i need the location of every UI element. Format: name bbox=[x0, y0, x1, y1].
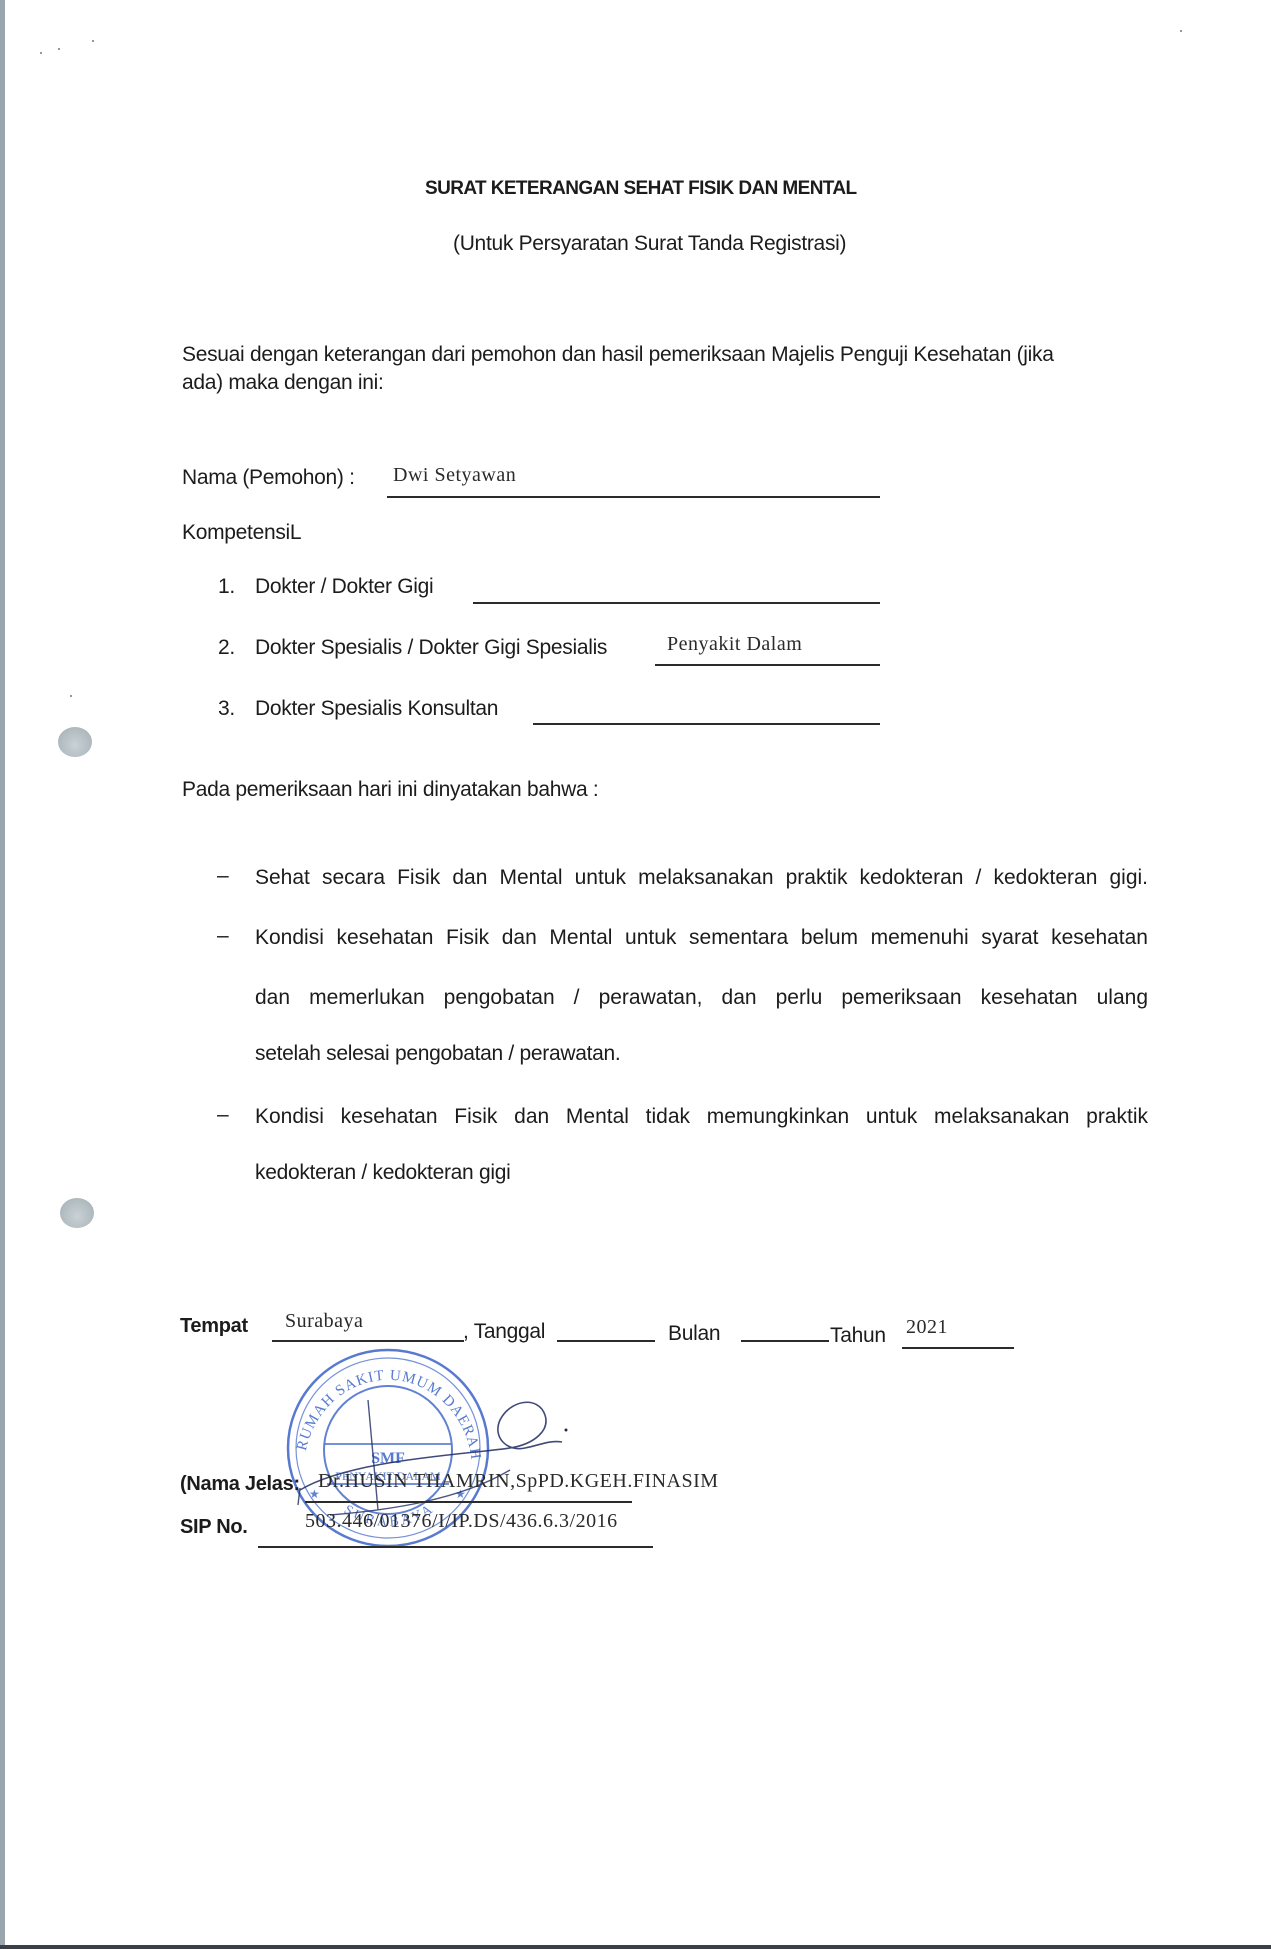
statement-1-line1: Sehat secara Fisik dan Mental untuk mela… bbox=[255, 866, 1148, 890]
competency-item-2-line bbox=[655, 664, 880, 666]
signer-name-label: (Nama Jelas: bbox=[180, 1473, 300, 1496]
statement-2-line3: setelah selesai pengobatan / perawatan. bbox=[255, 1042, 620, 1066]
statement-3-line1: Kondisi kesehatan Fisik dan Mental tidak… bbox=[255, 1105, 1148, 1129]
competency-number-1: 1. bbox=[218, 575, 235, 599]
year-line bbox=[902, 1347, 1014, 1349]
month-label: Bulan bbox=[668, 1322, 720, 1346]
applicant-label: Nama (Pemohon) : bbox=[182, 466, 355, 490]
competency-item-2-label: Dokter Spesialis / Dokter Gigi Spesialis bbox=[255, 636, 607, 660]
scan-speck bbox=[58, 48, 60, 50]
statement-bullet-1: – bbox=[217, 864, 229, 888]
competency-number-2: 2. bbox=[218, 636, 235, 660]
intro-text-line1: Sesuai dengan keterangan dari pemohon da… bbox=[182, 343, 1054, 367]
intro-text-line2: ada) maka dengan ini: bbox=[182, 371, 384, 395]
competency-item-3-line[interactable] bbox=[533, 723, 880, 725]
scan-bottom-edge bbox=[0, 1945, 1271, 1949]
competency-item-2-value[interactable]: Penyakit Dalam bbox=[667, 633, 802, 656]
signer-name-line bbox=[305, 1501, 632, 1503]
place-value[interactable]: Surabaya bbox=[285, 1310, 363, 1333]
statement-3-line2: kedokteran / kedokteran gigi bbox=[255, 1161, 510, 1185]
document-subtitle: (Untuk Persyaratan Surat Tanda Registras… bbox=[453, 232, 846, 256]
scan-left-edge bbox=[0, 0, 5, 1949]
document-title: SURAT KETERANGAN SEHAT FISIK DAN MENTAL bbox=[425, 178, 857, 200]
applicant-name-value[interactable]: Dwi Setyawan bbox=[393, 464, 516, 487]
statement-2-line1: Kondisi kesehatan Fisik dan Mental untuk… bbox=[255, 926, 1148, 950]
signer-name-value[interactable]: Dr.HUSIN THAMRIN,SpPD.KGEH.FINASIM bbox=[318, 1470, 719, 1493]
scan-speck bbox=[92, 40, 94, 42]
competency-number-3: 3. bbox=[218, 697, 235, 721]
sip-label: SIP No. bbox=[180, 1516, 248, 1539]
year-label: Tahun bbox=[830, 1324, 886, 1348]
punch-hole-bottom bbox=[60, 1198, 94, 1228]
competency-item-3-label: Dokter Spesialis Konsultan bbox=[255, 697, 498, 721]
scan-speck bbox=[1180, 30, 1182, 32]
statement-intro: Pada pemeriksaan hari ini dinyatakan bah… bbox=[182, 778, 598, 802]
place-label: Tempat bbox=[180, 1315, 248, 1338]
scan-speck bbox=[40, 52, 42, 54]
punch-hole-top bbox=[58, 727, 92, 757]
year-value[interactable]: 2021 bbox=[906, 1316, 948, 1339]
sip-value[interactable]: 503.446/01376/I/IP.DS/436.6.3/2016 bbox=[305, 1510, 618, 1533]
scan-speck bbox=[70, 695, 72, 697]
statement-bullet-3: – bbox=[217, 1103, 229, 1127]
date-line[interactable] bbox=[557, 1340, 655, 1342]
applicant-name-line bbox=[387, 496, 880, 498]
competency-label: KompetensiL bbox=[182, 521, 301, 545]
month-line[interactable] bbox=[741, 1340, 829, 1342]
competency-item-1-line[interactable] bbox=[473, 602, 880, 604]
sip-line bbox=[258, 1546, 653, 1548]
statement-bullet-2: – bbox=[217, 924, 229, 948]
competency-item-1-label: Dokter / Dokter Gigi bbox=[255, 575, 433, 599]
statement-2-line2: dan memerlukan pengobatan / perawatan, d… bbox=[255, 986, 1148, 1010]
